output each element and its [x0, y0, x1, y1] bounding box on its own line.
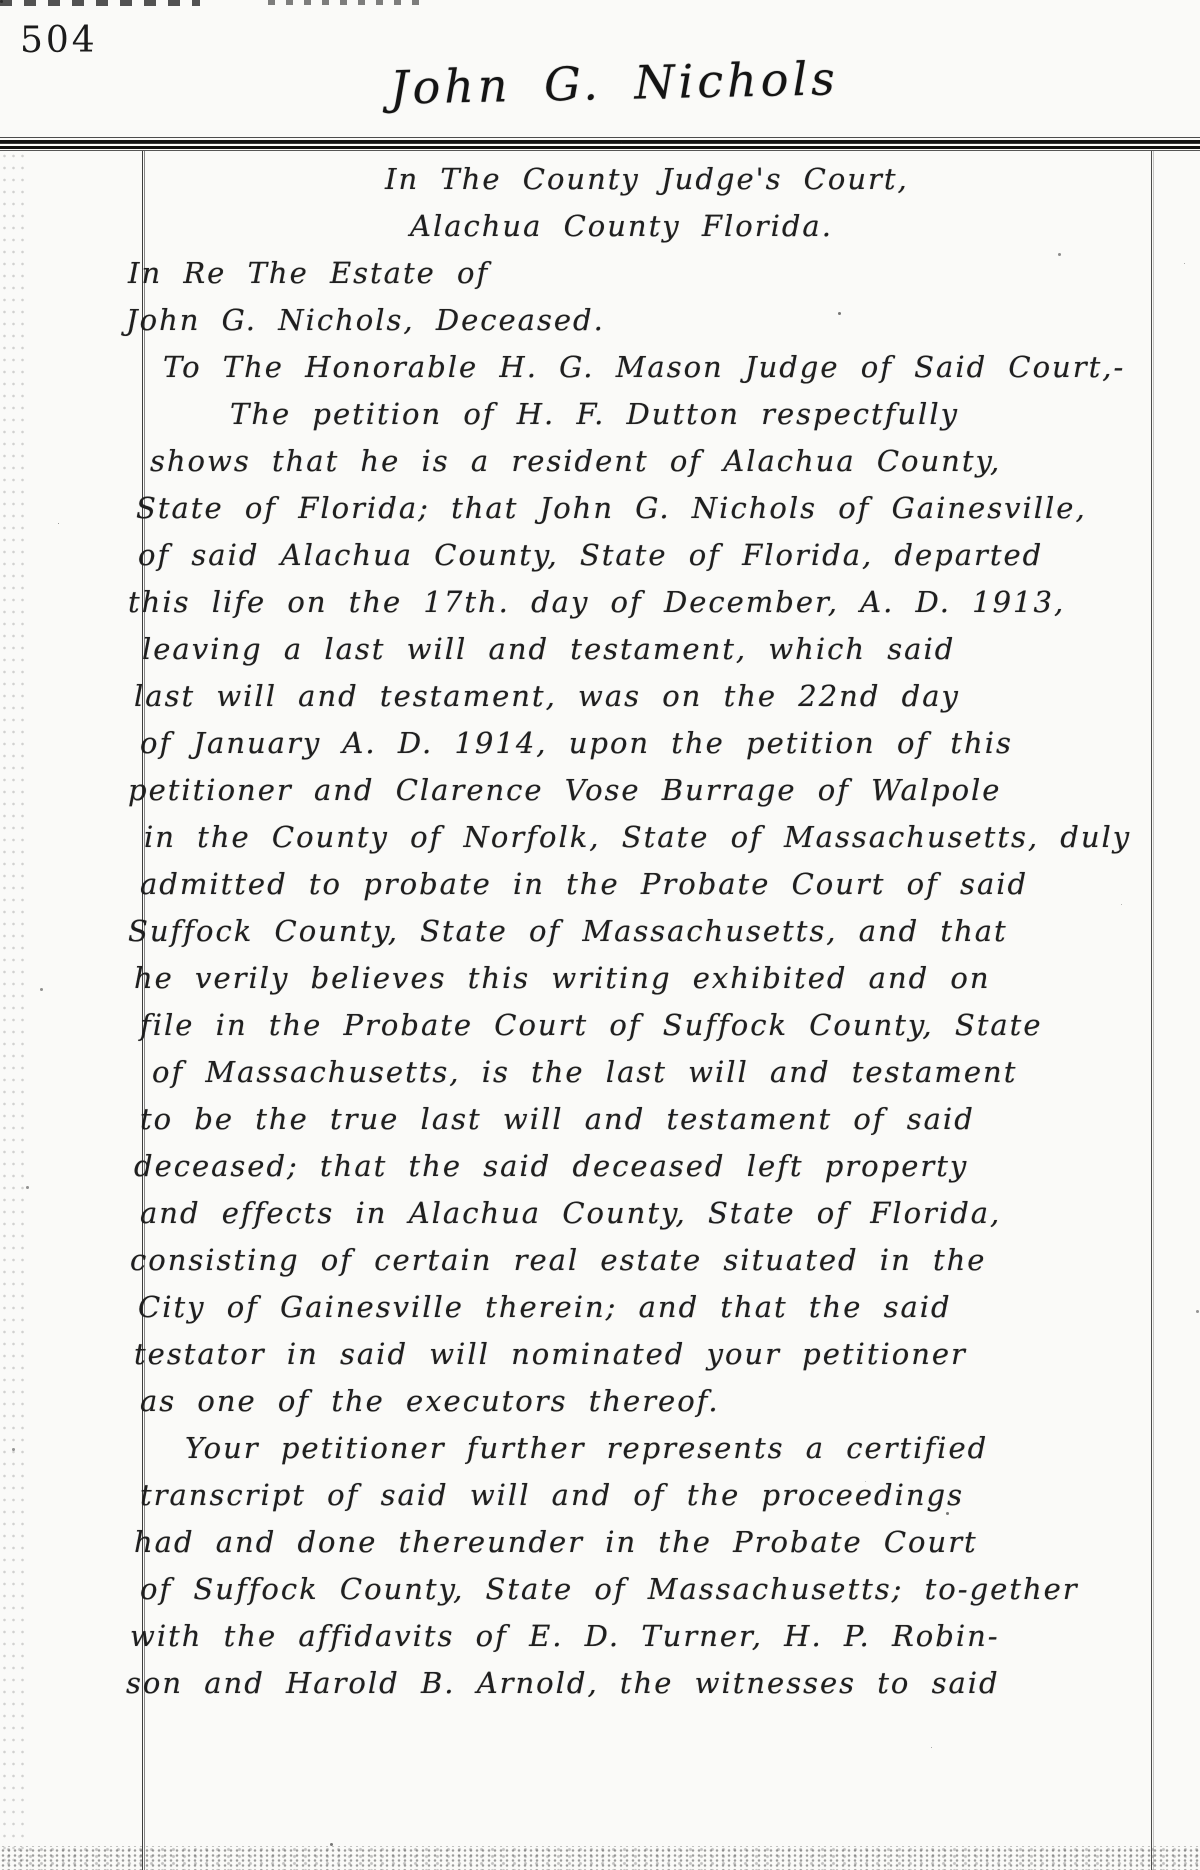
handwritten-line: son and Harold B. Arnold, the witnesses …	[0, 1660, 1200, 1707]
handwritten-line: Suffock County, State of Massachusetts, …	[0, 908, 1200, 955]
scanned-ledger-page: { "page_number": "504", "header": { "tit…	[0, 0, 1200, 1870]
handwritten-line: John G. Nichols, Deceased.	[0, 297, 1200, 344]
handwritten-line: petitioner and Clarence Vose Burrage of …	[0, 767, 1200, 814]
handwritten-line: in the County of Norfolk, State of Massa…	[0, 814, 1200, 861]
handwritten-line: as one of the executors thereof.	[0, 1378, 1200, 1425]
handwritten-line: consisting of certain real estate situat…	[0, 1237, 1200, 1284]
handwritten-line: of January A. D. 1914, upon the petition…	[0, 720, 1200, 767]
scan-smudge	[0, 0, 200, 6]
scan-grain-left	[0, 150, 28, 1870]
handwritten-line: testator in said will nominated your pet…	[0, 1331, 1200, 1378]
handwritten-line: with the affidavits of E. D. Turner, H. …	[0, 1613, 1200, 1660]
handwritten-line: shows that he is a resident of Alachua C…	[0, 438, 1200, 485]
handwritten-line: had and done thereunder in the Probate C…	[0, 1519, 1200, 1566]
handwritten-line: State of Florida; that John G. Nichols o…	[0, 485, 1200, 532]
handwritten-line: to be the true last will and testament o…	[0, 1096, 1200, 1143]
page-number: 504	[20, 20, 98, 61]
handwritten-line: leaving a last will and testament, which…	[0, 626, 1200, 673]
handwritten-line: City of Gainesville therein; and that th…	[0, 1284, 1200, 1331]
handwritten-line: In Re The Estate of	[0, 250, 1200, 297]
handwritten-line: of said Alachua County, State of Florida…	[0, 532, 1200, 579]
handwritten-line: this life on the 17th. day of December, …	[0, 579, 1200, 626]
handwritten-line: admitted to probate in the Probate Court…	[0, 861, 1200, 908]
handwritten-line: The petition of H. F. Dutton respectfull…	[0, 391, 1200, 438]
handwritten-line: last will and testament, was on the 22nd…	[0, 673, 1200, 720]
scan-grain-bottom	[0, 1846, 1200, 1870]
handwritten-line: Alachua County Florida.	[0, 203, 1200, 250]
header-rule	[0, 137, 1200, 153]
handwritten-line: transcript of said will and of the proce…	[0, 1472, 1200, 1519]
handwritten-line: To The Honorable H. G. Mason Judge of Sa…	[0, 344, 1200, 391]
handwritten-line: file in the Probate Court of Suffock Cou…	[0, 1002, 1200, 1049]
handwritten-line: of Massachusetts, is the last will and t…	[0, 1049, 1200, 1096]
header-title: John G. Nichols	[389, 51, 839, 114]
handwritten-body: In The County Judge's Court, Alachua Cou…	[0, 156, 1200, 1707]
scan-smudge	[268, 0, 428, 5]
scan-flyspecks	[0, 0, 3, 3]
handwritten-line: In The County Judge's Court,	[0, 156, 1200, 203]
handwritten-line: deceased; that the said deceased left pr…	[0, 1143, 1200, 1190]
handwritten-line: he verily believes this writing exhibite…	[0, 955, 1200, 1002]
handwritten-line: Your petitioner further represents a cer…	[0, 1425, 1200, 1472]
handwritten-line: of Suffock County, State of Massachusett…	[0, 1566, 1200, 1613]
handwritten-line: and effects in Alachua County, State of …	[0, 1190, 1200, 1237]
